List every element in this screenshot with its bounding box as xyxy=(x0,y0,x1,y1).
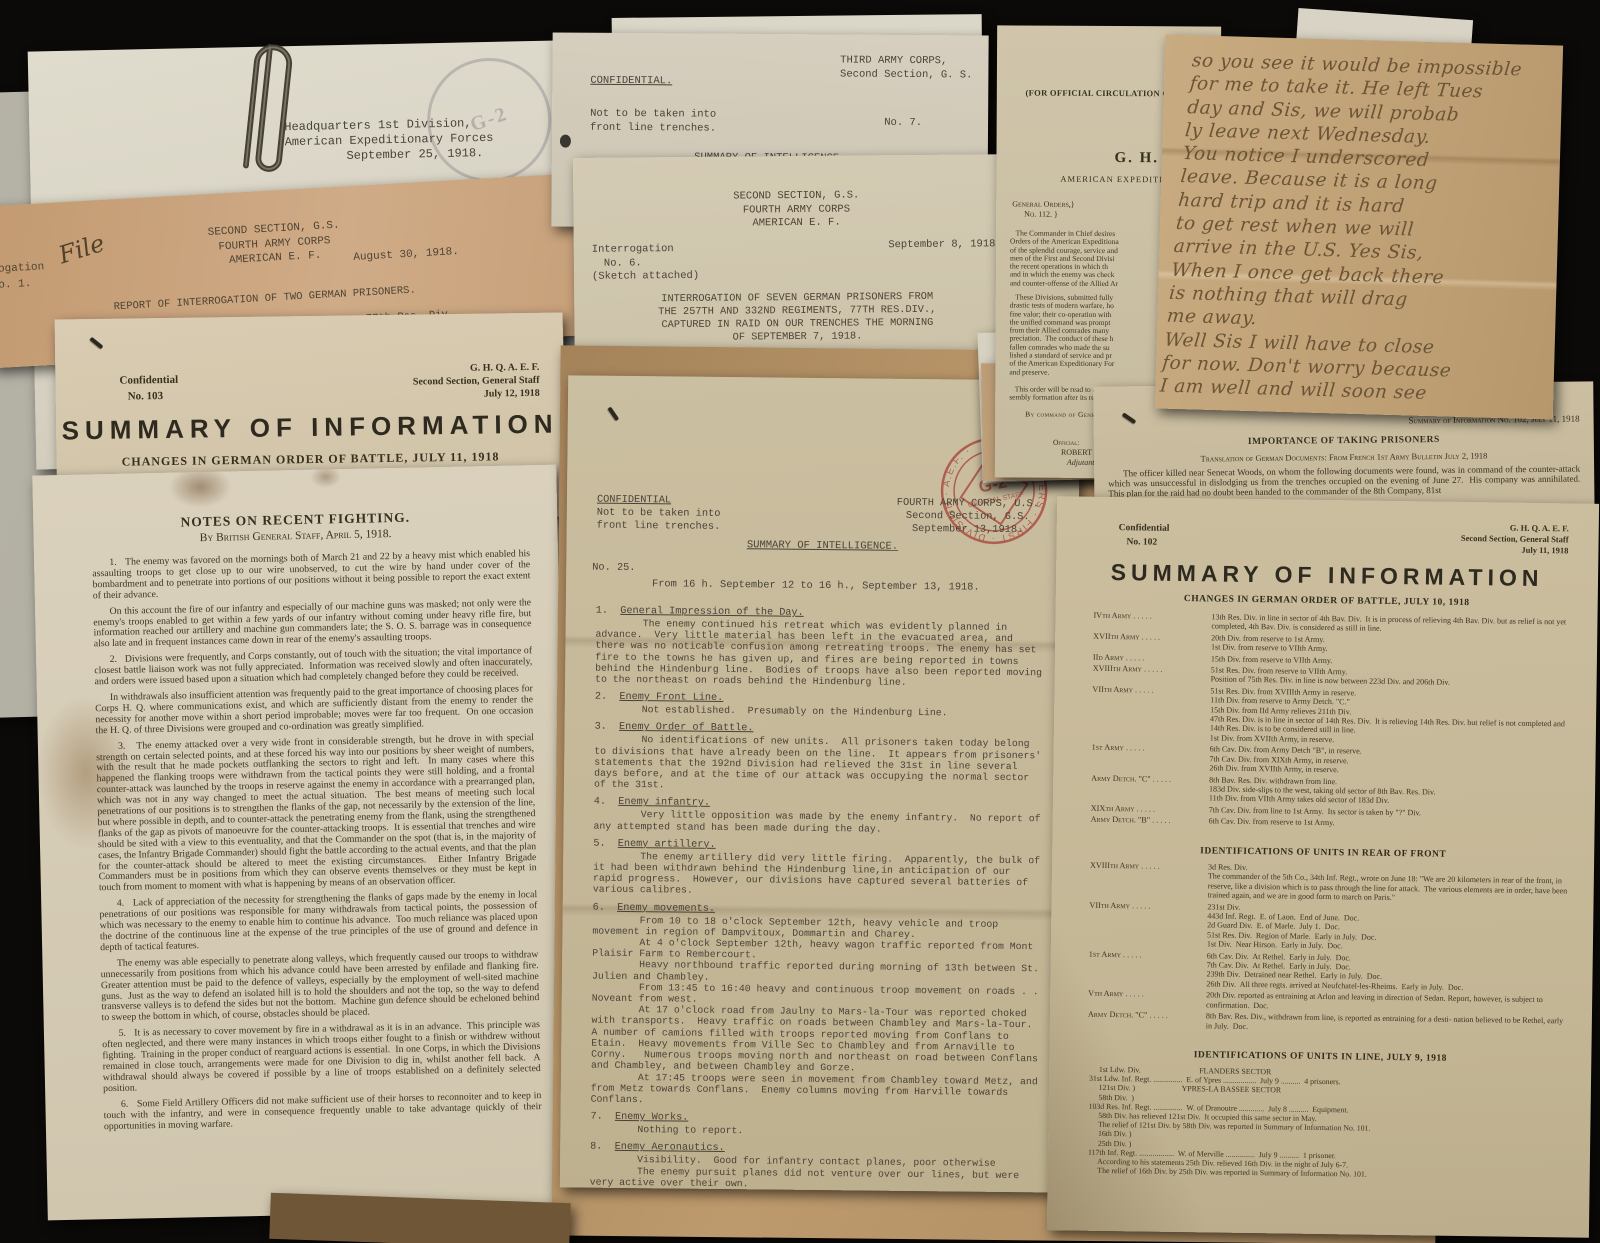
identifications: 6th Cav. Div. At Rethel. Early in July. … xyxy=(1206,951,1566,994)
photo-of-wwi-documents: G-2 Headquarters 1st Division, American … xyxy=(0,0,1600,1243)
section-number: 6. xyxy=(593,902,605,913)
soi103-confidential: Confidential xyxy=(119,374,178,387)
soi25-section-block: 1. General Impression of the Day. The en… xyxy=(595,606,1048,690)
soi-102-sheet: Confidential No. 102 G. H. Q. A. E. F. S… xyxy=(1047,496,1599,1237)
soi25-period: From 16 h. September 12 to 16 h., Septem… xyxy=(652,578,980,593)
section-body: Very little opposition was made by the e… xyxy=(593,809,1045,836)
section-body: The enemy continued his retreat which wa… xyxy=(595,618,1048,690)
section-body: From 10 to 18 o'clock September 12th, he… xyxy=(591,914,1045,1109)
interrogation-frag-line2: o. 1. xyxy=(0,275,46,294)
soi25-section-block: 6. Enemy movements. From 10 to 18 o'cloc… xyxy=(591,902,1045,1109)
army-changes: 20th Div. from reserve to 1st Army. 1st … xyxy=(1211,633,1571,657)
army-label: IId Army xyxy=(1093,652,1211,663)
section-number: 2. xyxy=(595,692,607,703)
identifications: 3d Res. Div. The commander of the 5th Co… xyxy=(1208,862,1568,905)
soi102-h1: CHANGES IN GERMAN ORDER OF BATTLE, JULY … xyxy=(1056,592,1598,610)
notes-paragraph: The enemy was able especially to penetra… xyxy=(100,950,539,1025)
section-number: 4. xyxy=(594,797,606,808)
section-title: Enemy Aeronautics. xyxy=(615,1142,725,1154)
soi102top-translation: Translation of German Documents: From Fr… xyxy=(1094,449,1594,464)
soi25-section-block: 2. Enemy Front Line. Not established. Pr… xyxy=(595,692,1047,720)
army-label: Army Detch. "C" xyxy=(1091,773,1209,803)
identifications: 231st Div. 443d Inf. Regt. E. of Laon. E… xyxy=(1207,902,1568,954)
go112-paragraph-2: These Divisions, submitted fully drastic… xyxy=(1009,293,1114,377)
army-label: XIXth Army xyxy=(1091,803,1209,814)
intel7-confidential: CONFIDENTIAL. xyxy=(590,75,672,88)
soi-25-sheet: HEADQUARTERS · FIRST · DIVISION · A.E.F.… xyxy=(560,375,1080,1192)
soi25-section-block: 8. Enemy Aeronautics. Visibility. Good f… xyxy=(589,1142,1042,1193)
soi25-note2: front line trenches. xyxy=(597,520,721,534)
section-title: Enemy movements. xyxy=(617,903,715,915)
staple-mark xyxy=(607,406,619,421)
section-title: Enemy infantry. xyxy=(618,797,710,809)
int6-title4: OF SEPTEMBER 7, 1918. xyxy=(574,329,1020,346)
identifications: 20th Div. reported as entraining at Arlo… xyxy=(1206,991,1566,1015)
section-number: 3. xyxy=(595,722,607,733)
staple-mark xyxy=(1122,412,1137,424)
section-number: 5. xyxy=(593,838,605,849)
soi102-h2: IDENTIFICATIONS OF UNITS IN REAR OF FRON… xyxy=(1052,844,1594,862)
notes-paragraph: 6. Some Field Artillery Officers did not… xyxy=(103,1091,542,1133)
order-of-battle-table: IVth Army 13th Res. Div. in line in sect… xyxy=(1091,611,1572,833)
section-body: Visibility. Good for infantry contact pl… xyxy=(589,1154,1042,1193)
soi25-no: No. 25. xyxy=(592,562,635,574)
notes-paragraph: 2. Divisions were frequently, and Corps … xyxy=(94,646,533,688)
int6-label3: (Sketch attached) xyxy=(592,270,699,284)
section-body: The enemy artillery did very little firi… xyxy=(593,850,1045,900)
intel7-note1: Not to be taken into xyxy=(590,107,716,122)
soi102top-title: IMPORTANCE OF TAKING PRISONERS xyxy=(1094,433,1594,448)
intel7-no: No. 7. xyxy=(884,117,922,129)
section-title: Enemy Front Line. xyxy=(619,692,723,704)
letter-text: so you see it would be impossiblefor me … xyxy=(1159,49,1563,408)
int6-date: September 8, 1918. xyxy=(888,238,1002,251)
go112-aef: AMERICAN EXPEDITION xyxy=(1060,174,1177,185)
order-of-battle-row: VIIth Army 51st Res. Div. from XVIIIth A… xyxy=(1092,685,1571,748)
army-label: VIIth Army xyxy=(1089,900,1208,949)
rear-front-row: VIIth Army 231st Div. 443d Inf. Regt. E.… xyxy=(1089,900,1568,954)
section-title: Enemy Works. xyxy=(615,1112,688,1124)
rear-front-row: 1st Army 6th Cav. Div. At Rethel. Early … xyxy=(1088,949,1566,993)
punch-hole xyxy=(560,135,571,148)
soi102-h3: IDENTIFICATIONS OF UNITS IN LINE, JULY 9… xyxy=(1049,1048,1591,1066)
interrogation-frag-line1: rogation xyxy=(0,259,45,278)
army-label: Vth Army xyxy=(1088,989,1206,1009)
notes-paragraph: 3. The enemy attacked over a very wide f… xyxy=(96,733,537,895)
soi102-date: July 11, 1918 xyxy=(1461,544,1569,557)
notes-paragraph: 1. The enemy was favored on the mornings… xyxy=(92,549,531,602)
soi25-section-block: 5. Enemy artillery. The enemy artillery … xyxy=(593,838,1046,900)
order-of-battle-row: Army Detch. "C" 8th Bav. Res. Div. withd… xyxy=(1091,773,1569,808)
section-body: No identifications of new units. All pri… xyxy=(594,734,1047,795)
army-label: Army Detch. "C" xyxy=(1088,1010,1206,1030)
units-in-line-table: 1st Ldw. Div. FLANDERS SECTOR31st Ldw. I… xyxy=(1088,1065,1575,1182)
soi102-no: No. 102 xyxy=(1126,537,1157,547)
soi102-section: Second Section, General Staff xyxy=(1461,533,1569,546)
soi25-note1: Not to be taken into xyxy=(597,507,721,521)
section-number: 8. xyxy=(590,1142,602,1153)
notes-paragraph: 5. It is as necessary to cover movement … xyxy=(102,1020,541,1095)
section-number: 1. xyxy=(596,606,608,617)
go112-official-label: Official: xyxy=(1053,438,1079,447)
notes-paragraph: 4. Lack of appreciation of the necessity… xyxy=(99,890,538,954)
section-title: Enemy Order of Battle. xyxy=(619,722,754,734)
int1-title: REPORT OF INTERROGATION OF TWO GERMAN PR… xyxy=(113,285,416,314)
go112-orders-label: General Orders,} xyxy=(1012,199,1074,209)
army-label: 1st Army xyxy=(1091,743,1209,773)
soi25-date: September 13,1918. xyxy=(896,523,1038,537)
soi103-title: SUMMARY OF INFORMATION xyxy=(56,408,564,446)
section-number: 7. xyxy=(590,1112,602,1123)
rear-front-row: Army Detch. "C" 8th Bav. Res. Div., with… xyxy=(1088,1010,1566,1035)
section-title: Enemy artillery. xyxy=(618,839,716,851)
soi25-section-block: 4. Enemy infantry. Very little oppositio… xyxy=(593,797,1045,836)
notes-paragraph: On this account the fire of our infantry… xyxy=(93,598,532,651)
staple-mark xyxy=(89,337,103,350)
intel7-note2: front line trenches. xyxy=(590,121,716,136)
go112-orders-no: No. 112. } xyxy=(1012,209,1074,219)
int6-label2: No. 6. xyxy=(592,256,699,270)
go112-paragraph-1: The Commander in Chief desires Orders of… xyxy=(1010,229,1119,288)
soi25-confidential: CONFIDENTIAL xyxy=(597,494,721,508)
soi102-confidential: Confidential xyxy=(1119,523,1170,534)
army-label: IVth Army xyxy=(1093,611,1211,631)
army-label: VIIth Army xyxy=(1092,685,1211,743)
soi102top-body: The officer killed near Senecat Woods, o… xyxy=(1108,464,1580,500)
rear-front-row: XVIIIth Army 3d Res. Div. The commander … xyxy=(1090,861,1568,905)
army-label: XVIIth Army xyxy=(1093,632,1211,652)
identifications: 8th Bav. Res. Div., withdrawn from line,… xyxy=(1206,1011,1566,1035)
int6-aef: AMERICAN E. F. xyxy=(573,215,1019,232)
rear-of-front-table: XVIIIth Army 3d Res. Div. The commander … xyxy=(1088,861,1568,1038)
notes-body: 1. The enemy was favored on the mornings… xyxy=(92,549,542,1137)
handwritten-letter-sheet: so you see it would be impossiblefor me … xyxy=(1155,35,1563,420)
army-changes: 51st Res. Div. from XVIIIth Army in rese… xyxy=(1210,686,1571,747)
soi103-no: No. 103 xyxy=(128,390,164,402)
army-label: XVIIIth Army xyxy=(1093,664,1211,684)
notes-paragraph: In withdrawals also insufficient attenti… xyxy=(95,684,534,737)
army-label: Army Detch. "B" xyxy=(1091,815,1209,826)
army-label: XVIIIth Army xyxy=(1090,861,1209,900)
soi25-sections: 1. General Impression of the Day. The en… xyxy=(589,606,1047,1193)
army-changes: 13th Res. Div. in line in sector of 4th … xyxy=(1211,612,1571,636)
soi25-section-block: 7. Enemy Works. Nothing to report. xyxy=(590,1112,1042,1140)
intel7-section: Second Section, G. S. xyxy=(840,68,972,82)
army-changes: 8th Bav. Res. Div. withdrawn from line. … xyxy=(1209,775,1569,808)
section-title: General Impression of the Day. xyxy=(620,606,804,619)
soi102-title: SUMMARY OF INFORMATION xyxy=(1056,558,1598,593)
army-changes: 6th Cav. Div. from Army Detch "B", in re… xyxy=(1209,745,1569,778)
army-label: 1st Army xyxy=(1088,949,1207,988)
notes-on-recent-fighting-sheet: NOTES ON RECENT FIGHTING. By British Gen… xyxy=(32,465,571,1221)
soi103-date: July 12, 1918 xyxy=(413,387,540,402)
handwritten-file-note: File xyxy=(55,229,107,269)
intel7-corps: THIRD ARMY CORPS, xyxy=(840,54,972,68)
soi25-section-block: 3. Enemy Order of Battle. No identificat… xyxy=(594,722,1047,795)
int6-label1: Interrogation xyxy=(592,243,699,257)
army-changes: 51st Res. Div. from reserve to VIIth Arm… xyxy=(1211,665,1571,689)
order-of-battle-row: 1st Army 6th Cav. Div. from Army Detch "… xyxy=(1091,743,1569,778)
